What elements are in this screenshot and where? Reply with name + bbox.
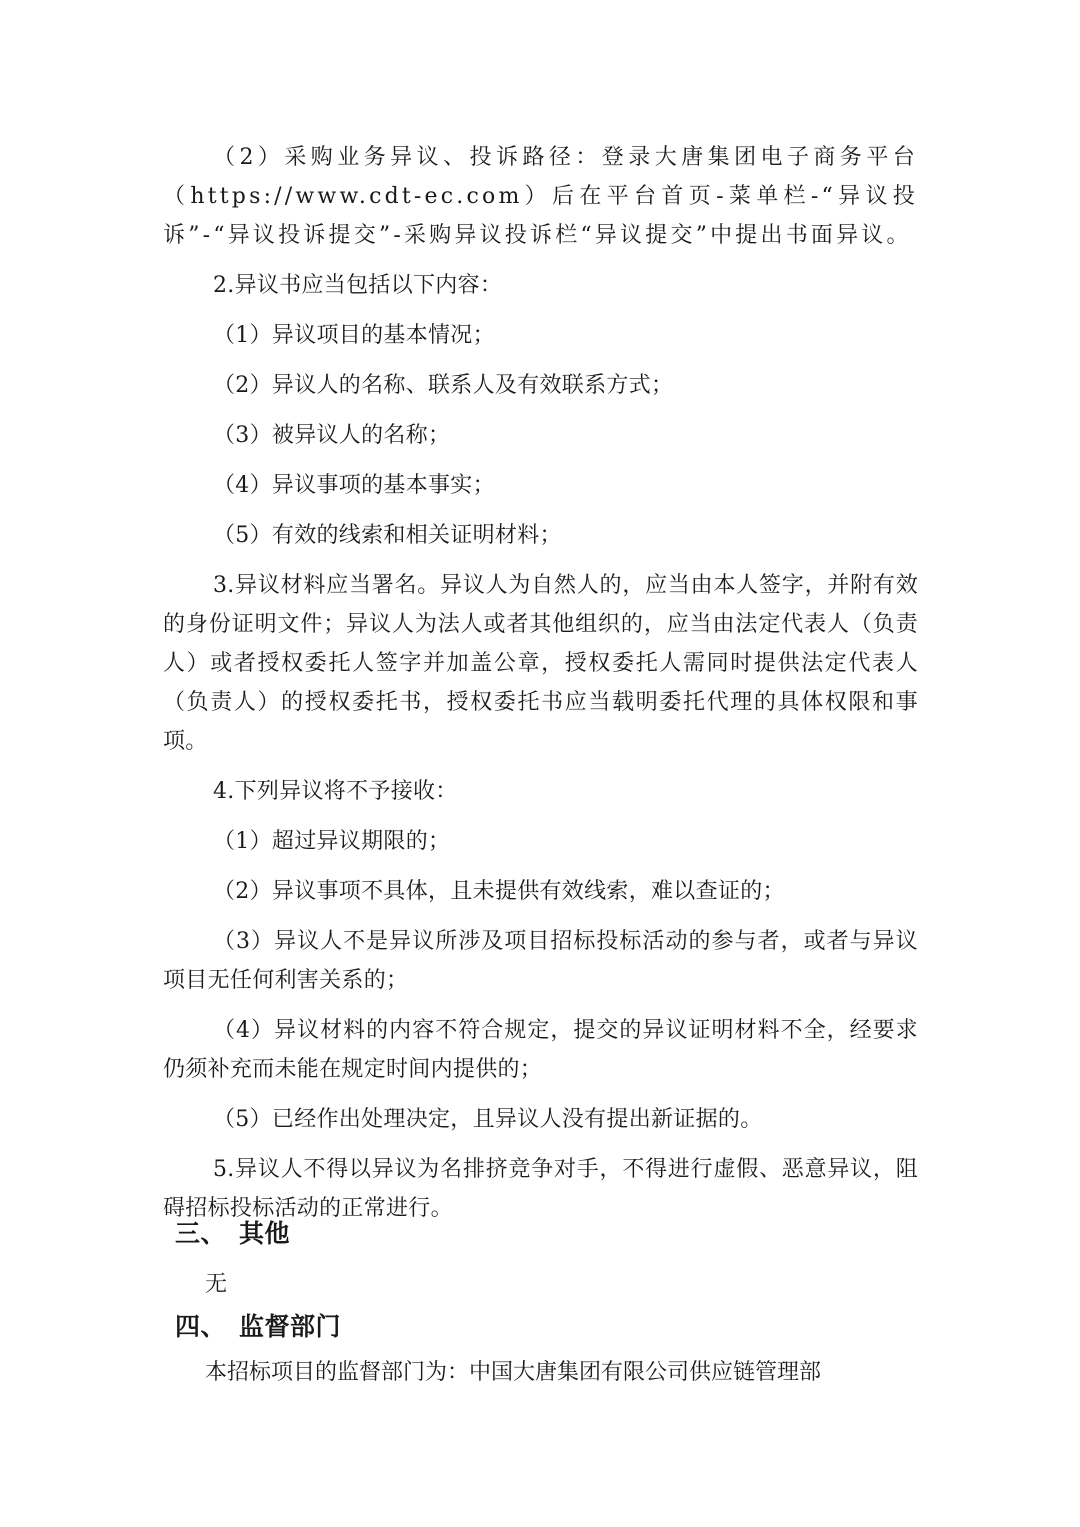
rejection-item-1: （1）超过异议期限的；	[163, 822, 918, 861]
objection-content-item-4: （4）异议事项的基本事实；	[163, 466, 918, 505]
objection-content-item-3: （3）被异议人的名称；	[163, 416, 918, 455]
rejection-item-4: （4）异议材料的内容不符合规定，提交的异议证明材料不全，经要求仍须补充而未能在规…	[163, 1011, 918, 1089]
rejection-heading: 4.下列异议将不予接收：	[163, 772, 918, 811]
section-3-heading: 三、其他	[163, 1217, 290, 1251]
objection-content-heading: 2.异议书应当包括以下内容：	[163, 266, 918, 305]
rejection-item-3: （3）异议人不是异议所涉及项目招标投标活动的参与者，或者与异议项目无任何利害关系…	[163, 922, 918, 1000]
section-4-body: 本招标项目的监督部门为：中国大唐集团有限公司供应链管理部	[163, 1353, 821, 1392]
objection-content-item-2: （2）异议人的名称、联系人及有效联系方式；	[163, 366, 918, 405]
section-3-number: 三、	[175, 1217, 239, 1251]
objection-content-item-1: （1）异议项目的基本情况；	[163, 316, 918, 355]
complaint-route-paragraph: （2）采购业务异议、投诉路径：登录大唐集团电子商务平台（https://www.…	[163, 138, 918, 255]
section-3-title: 其他	[239, 1219, 290, 1248]
section-4-title: 监督部门	[239, 1312, 341, 1341]
section-4-number: 四、	[175, 1310, 239, 1344]
document-page: （2）采购业务异议、投诉路径：登录大唐集团电子商务平台（https://www.…	[163, 138, 918, 1239]
signature-requirement-paragraph: 3.异议材料应当署名。异议人为自然人的，应当由本人签字，并附有效的身份证明文件；…	[163, 566, 918, 761]
rejection-item-5: （5）已经作出处理决定，且异议人没有提出新证据的。	[163, 1100, 918, 1139]
section-4-heading: 四、监督部门	[163, 1310, 341, 1344]
rejection-item-2: （2）异议事项不具体，且未提供有效线索，难以查证的；	[163, 872, 918, 911]
section-3-body: 无	[163, 1265, 227, 1304]
objection-content-item-5: （5）有效的线索和相关证明材料；	[163, 516, 918, 555]
